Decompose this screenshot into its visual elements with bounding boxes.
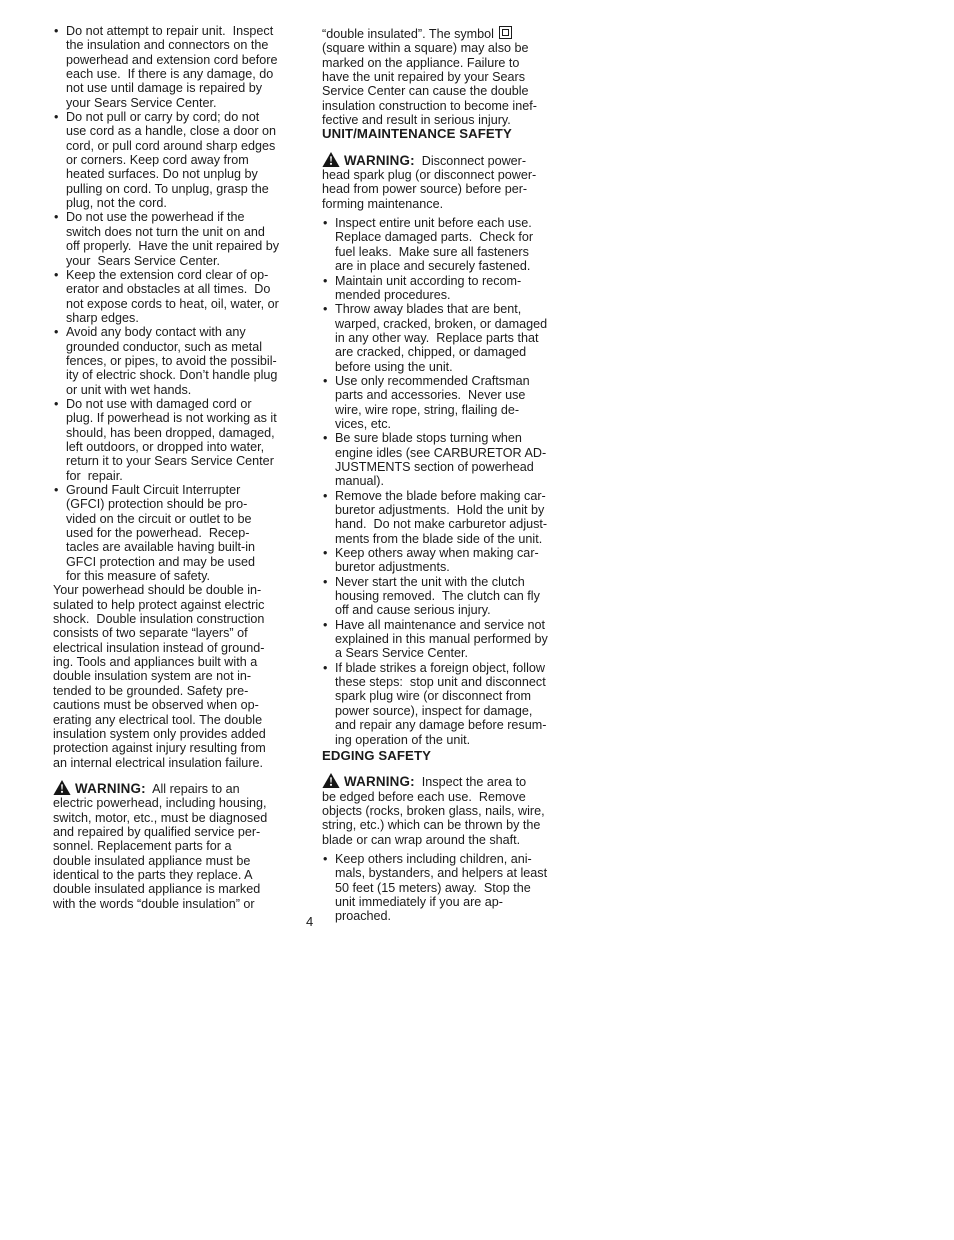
warning-label: WARNING: <box>344 774 415 789</box>
warning-triangle-icon <box>322 154 344 168</box>
list-item: If blade strikes a foreign object, follo… <box>322 661 580 747</box>
heading-unit-maintenance-safety: UNIT/MAINTENANCE SAFETY <box>322 127 580 141</box>
warning-triangle-icon <box>322 775 344 789</box>
warning-label: WARNING: <box>75 781 146 796</box>
maintenance-safety-list: Inspect entire unit before each use. Rep… <box>322 216 580 747</box>
list-item: Avoid any body contact with any grounded… <box>53 325 305 397</box>
list-item: Do not use with damaged cord or plug. If… <box>53 397 305 483</box>
warning-label: WARNING: <box>344 153 415 168</box>
edging-safety-list: Keep others including children, ani- mal… <box>322 852 580 924</box>
right-column: “double insulated”. The symbol (square w… <box>322 26 580 924</box>
list-item: Throw away blades that are bent, warped,… <box>322 302 580 374</box>
list-item: Do not use the powerhead if the switch d… <box>53 210 305 267</box>
page-number: 4 <box>306 914 313 929</box>
double-insulation-symbol-icon <box>499 26 512 39</box>
list-item: Maintain unit according to recom- mended… <box>322 274 580 303</box>
warning-triangle-icon <box>53 782 75 796</box>
list-item: Do not attempt to repair unit. Inspect t… <box>53 24 305 110</box>
list-item: Inspect entire unit before each use. Rep… <box>322 216 580 273</box>
list-item: Be sure blade stops turning when engine … <box>322 431 580 488</box>
list-item: Never start the unit with the clutch hou… <box>322 575 580 618</box>
list-item: Remove the blade before making car- bure… <box>322 489 580 546</box>
double-insulation-intro: “double insulated”. The symbol (square w… <box>322 26 580 127</box>
warning-text: All repairs to an electric powerhead, in… <box>53 782 267 911</box>
heading-edging-safety: EDGING SAFETY <box>322 749 580 763</box>
list-item: Use only recommended Craftsman parts and… <box>322 374 580 431</box>
manual-page: Do not attempt to repair unit. Inspect t… <box>0 0 954 1240</box>
warning-block-repairs: WARNING: All repairs to an electric powe… <box>53 780 305 911</box>
list-item: Keep others including children, ani- mal… <box>322 852 580 924</box>
double-insulation-paragraph: Your powerhead should be double in- sula… <box>53 583 305 769</box>
list-item: Have all maintenance and service not exp… <box>322 618 580 661</box>
intro-text: “double insulated”. The symbol <box>322 27 497 41</box>
list-item: Do not pull or carry by cord; do not use… <box>53 110 305 210</box>
electrical-safety-list: Do not attempt to repair unit. Inspect t… <box>53 24 305 583</box>
list-item: Keep others away when making car- bureto… <box>322 546 580 575</box>
warning-block-edging: WARNING: Inspect the area to be edged be… <box>322 773 580 847</box>
list-item: Keep the extension cord clear of op- era… <box>53 268 305 325</box>
warning-block-maintenance: WARNING: Disconnect power- head spark pl… <box>322 152 580 211</box>
list-item: Ground Fault Circuit Interrupter (GFCI) … <box>53 483 305 583</box>
left-column: Do not attempt to repair unit. Inspect t… <box>53 24 305 916</box>
intro-text-continued: (square within a square) may also be mar… <box>322 41 537 127</box>
